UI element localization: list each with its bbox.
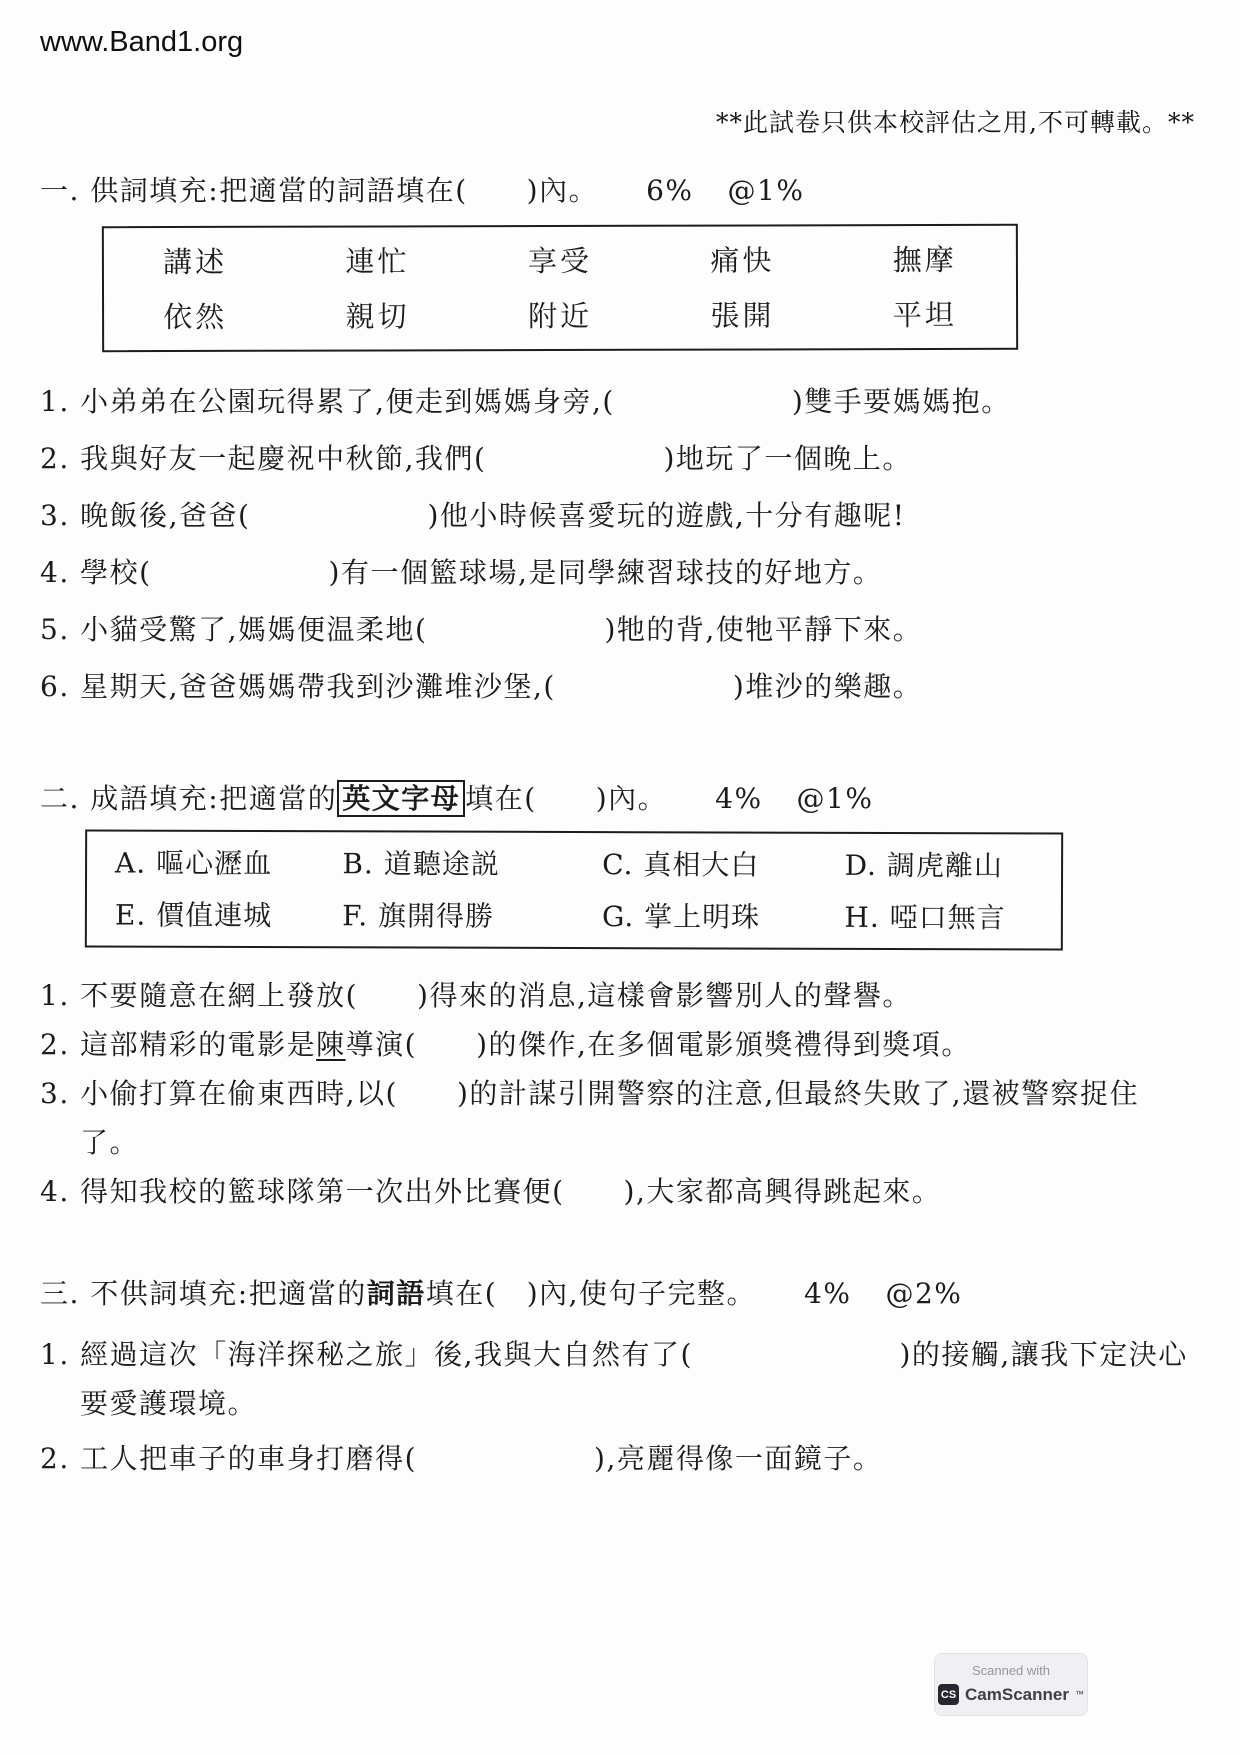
word-bank-word: 連忙 — [345, 239, 409, 280]
word-bank-word: 親切 — [346, 294, 410, 335]
question-2-pre: 2. 這部精彩的電影是 — [40, 1028, 316, 1061]
word-bank-row: 講述 連忙 享受 痛快 撫摩 — [104, 238, 1016, 281]
section1-per-item-score: @1% — [728, 174, 805, 207]
camscanner-row: CS CamScanner ™ — [943, 1684, 1079, 1705]
section1-score: 6% — [646, 174, 693, 207]
camscanner-logo-icon: CS — [938, 1684, 959, 1705]
question-4: 4. 得知我校的籃球隊第一次出外比賽便( ),大家都高興得跳起來。 — [40, 1167, 1195, 1216]
idiom-option-d: D. 調虎離山 — [845, 844, 1062, 885]
idiom-option-h: H. 啞口無言 — [844, 896, 1061, 937]
section3-per-item-score: @2% — [885, 1277, 962, 1310]
section3-questions: 1. 經過這次「海洋探秘之旅」後,我與大自然有了( )的接觸,讓我下定決心要愛護… — [40, 1330, 1195, 1483]
section2-questions: 1. 不要隨意在網上發放( )得來的消息,這樣會影響別人的聲譽。 2. 這部精彩… — [40, 971, 1195, 1216]
section1-heading-text: 一. 供詞填充:把適當的詞語填在( )內。 — [40, 174, 598, 207]
scanned-exam-page: www.Band1.org **此試卷只供本校評估之用,不可轉載。** 一. 供… — [0, 0, 1240, 1754]
section2-score: 4% — [715, 782, 762, 815]
word-bank-word: 依然 — [163, 295, 227, 336]
trademark-symbol: ™ — [1075, 1690, 1084, 1699]
idiom-option-e: E. 價值連城 — [115, 894, 342, 935]
question-4: 4. 學校( )有一個籃球場,是同學練習球技的好地方。 — [40, 548, 1195, 597]
question-3: 3. 晚飯後,爸爸( )他小時候喜愛玩的遊戲,十分有趣呢! — [40, 491, 1195, 540]
word-bank-word: 附近 — [528, 294, 592, 335]
section3-heading-pre: 三. 不供詞填充:把適當的 — [40, 1277, 367, 1310]
section3-heading-post: 填在( )內,使句子完整。 — [426, 1277, 756, 1310]
scanned-with-label: Scanned with — [943, 1663, 1079, 1678]
word-bank-word: 平坦 — [893, 293, 957, 334]
word-bank-word: 講述 — [163, 240, 227, 281]
section2-idiom-bank: A. 嘔心瀝血 B. 道聽途説 C. 真相大白 D. 調虎離山 E. 價值連城 … — [85, 829, 1063, 950]
section-1: 一. 供詞填充:把適當的詞語填在( )內。6%@1% 講述 連忙 享受 痛快 撫… — [40, 169, 1195, 711]
question-2: 2. 這部精彩的電影是陳導演( )的傑作,在多個電影頒獎禮得到獎項。 — [40, 1020, 1195, 1069]
disclaimer-text: **此試卷只供本校評估之用,不可轉載。** — [40, 103, 1195, 139]
question-1: 1. 不要隨意在網上發放( )得來的消息,這樣會影響別人的聲譽。 — [40, 971, 1195, 1020]
question-2-post: 導演( )的傑作,在多個電影頒獎禮得到獎項。 — [346, 1028, 971, 1061]
question-5: 5. 小貓受驚了,媽媽便温柔地( )牠的背,使牠平靜下來。 — [40, 605, 1195, 654]
word-bank-word: 張開 — [710, 293, 774, 334]
idiom-option-c: C. 真相大白 — [602, 843, 845, 884]
section3-heading: 三. 不供詞填充:把適當的詞語填在( )內,使句子完整。4%@2% — [40, 1272, 1195, 1312]
idiom-bank-row: A. 嘔心瀝血 B. 道聽途説 C. 真相大白 D. 調虎離山 — [115, 842, 1061, 885]
section1-heading: 一. 供詞填充:把適當的詞語填在( )內。6%@1% — [40, 169, 1195, 209]
idiom-option-g: G. 掌上明珠 — [602, 895, 845, 936]
question-2: 2. 我與好友一起慶祝中秋節,我們( )地玩了一個晚上。 — [40, 434, 1195, 483]
section2-heading-post: 填在( )內。 — [465, 782, 667, 815]
question-1: 1. 小弟弟在公園玩得累了,便走到媽媽身旁,( )雙手要媽媽抱。 — [40, 377, 1195, 426]
section2-per-item-score: @1% — [797, 782, 874, 815]
camscanner-logo-letters: CS — [941, 1689, 956, 1701]
idiom-option-a: A. 嘔心瀝血 — [115, 842, 342, 883]
question-6: 6. 星期天,爸爸媽媽帶我到沙灘堆沙堡,( )堆沙的樂趣。 — [40, 662, 1195, 711]
site-watermark: www.Band1.org — [40, 26, 1195, 59]
question-2-underlined-name: 陳 — [316, 1028, 346, 1061]
word-bank-word: 撫摩 — [893, 238, 957, 279]
camscanner-label: CamScanner — [965, 1685, 1069, 1705]
camscanner-badge: Scanned with CS CamScanner ™ — [934, 1653, 1088, 1716]
word-bank-word: 痛快 — [710, 238, 774, 279]
section1-word-bank: 講述 連忙 享受 痛快 撫摩 依然 親切 附近 張開 平坦 — [102, 224, 1018, 352]
section-2: 二. 成語填充:把適當的英文字母填在( )內。4%@1% A. 嘔心瀝血 B. … — [40, 777, 1195, 1216]
question-3: 3. 小偷打算在偷東西時,以( )的計謀引開警察的注意,但最終失敗了,還被警察捉… — [40, 1069, 1195, 1167]
word-bank-row: 依然 親切 附近 張開 平坦 — [104, 293, 1016, 336]
section3-score: 4% — [804, 1277, 851, 1310]
question-2: 2. 工人把車子的車身打磨得( ),亮麗得像一面鏡子。 — [40, 1434, 1195, 1483]
section2-heading: 二. 成語填充:把適當的英文字母填在( )內。4%@1% — [40, 777, 1195, 817]
section2-heading-boxed-term: 英文字母 — [337, 780, 465, 817]
idiom-bank-row: E. 價值連城 F. 旗開得勝 G. 掌上明珠 H. 啞口無言 — [115, 894, 1061, 937]
question-1: 1. 經過這次「海洋探秘之旅」後,我與大自然有了( )的接觸,讓我下定決心要愛護… — [40, 1330, 1195, 1428]
word-bank-word: 享受 — [528, 239, 592, 280]
section3-heading-bold-term: 詞語 — [367, 1277, 426, 1310]
idiom-option-b: B. 道聽途説 — [342, 842, 602, 883]
section2-heading-pre: 二. 成語填充:把適當的 — [40, 782, 337, 815]
idiom-option-f: F. 旗開得勝 — [342, 894, 602, 935]
section-3: 三. 不供詞填充:把適當的詞語填在( )內,使句子完整。4%@2% 1. 經過這… — [40, 1272, 1195, 1483]
section1-questions: 1. 小弟弟在公園玩得累了,便走到媽媽身旁,( )雙手要媽媽抱。 2. 我與好友… — [40, 377, 1195, 711]
